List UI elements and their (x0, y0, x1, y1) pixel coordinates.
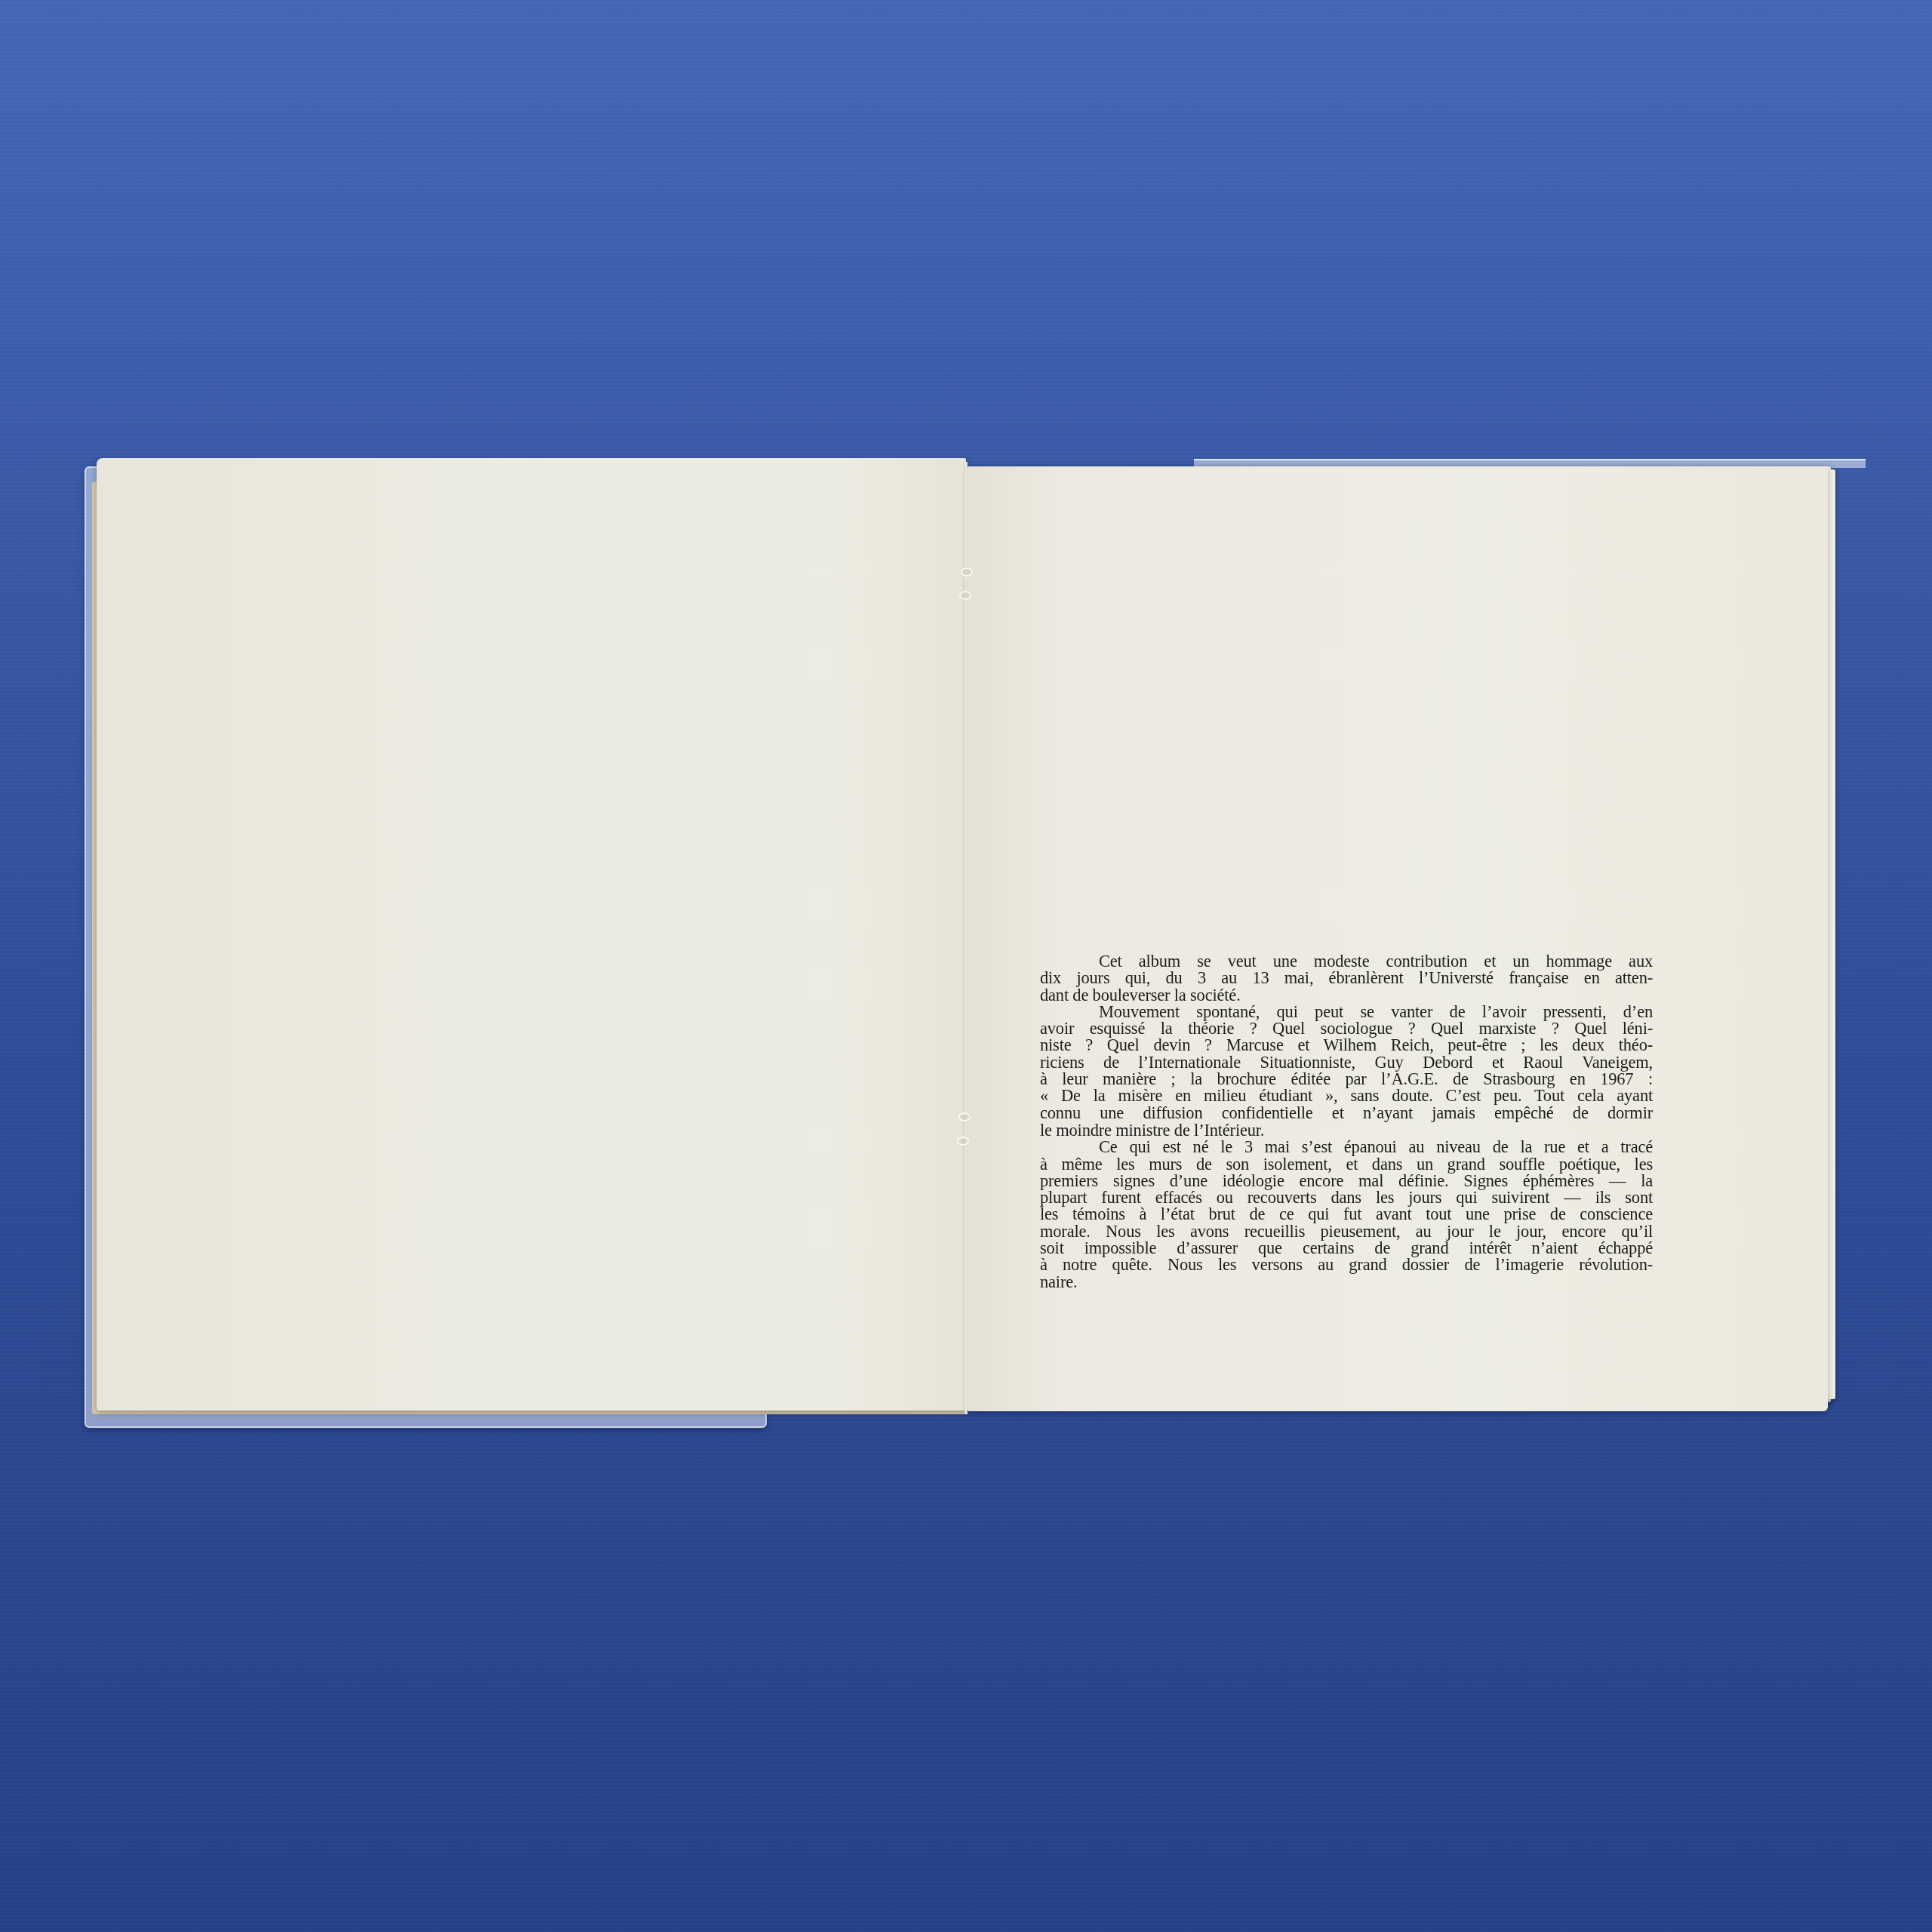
text-line: à même les murs de son isolement, et dan… (1040, 1155, 1653, 1171)
text-line: le moindre ministre de l’Intérieur. (1040, 1121, 1653, 1138)
text-line: dix jours qui, du 3 au 13 mai, ébranlère… (1040, 969, 1653, 986)
stitch-mark (957, 1137, 969, 1146)
text-line: plupart furent effacés ou recouverts dan… (1040, 1189, 1653, 1205)
text-line: naire. (1040, 1273, 1653, 1290)
stitch-mark (961, 568, 973, 577)
left-page (97, 458, 966, 1411)
paragraph-3: Ce qui est né le 3 mai s’est épanoui au … (1040, 1138, 1653, 1290)
text-line: les témoins à l’état brut de ce qui fut … (1040, 1205, 1653, 1222)
paragraph-1: Cet album se veut une modeste contributi… (1040, 952, 1653, 1003)
text-line: Cet album se veut une modeste contributi… (1040, 952, 1653, 969)
text-line: riciens de l’Internationale Situationnis… (1040, 1054, 1653, 1070)
text-line: dant de bouleverser la société. (1040, 986, 1653, 1003)
text-line: morale. Nous les avons recueillis pieuse… (1040, 1223, 1653, 1239)
paragraph-2: Mouvement spontané, qui peut se vanter d… (1040, 1003, 1653, 1138)
text-line: avoir esquissé la théorie ? Quel sociolo… (1040, 1020, 1653, 1036)
text-line: connu une diffusion confidentielle et n’… (1040, 1104, 1653, 1121)
book-spine (964, 462, 968, 1414)
text-line: niste ? Quel devin ? Marcuse et Wilhem R… (1040, 1037, 1653, 1054)
text-line: « De la misère en milieu étudiant », san… (1040, 1088, 1653, 1104)
text-line: Ce qui est né le 3 mai s’est épanoui au … (1040, 1138, 1653, 1155)
stitch-mark (958, 1112, 971, 1121)
stitch-mark (959, 591, 971, 600)
text-line: à notre quête. Nous les versons au grand… (1040, 1257, 1653, 1273)
text-line: à leur manière ; la brochure éditée par … (1040, 1071, 1653, 1088)
text-line: premiers signes d’une idéologie encore m… (1040, 1172, 1653, 1189)
text-line: soit impossible d’assurer que certains d… (1040, 1239, 1653, 1256)
foreword-text: Cet album se veut une modeste contributi… (1040, 952, 1653, 1290)
text-line: Mouvement spontané, qui peut se vanter d… (1040, 1003, 1653, 1020)
